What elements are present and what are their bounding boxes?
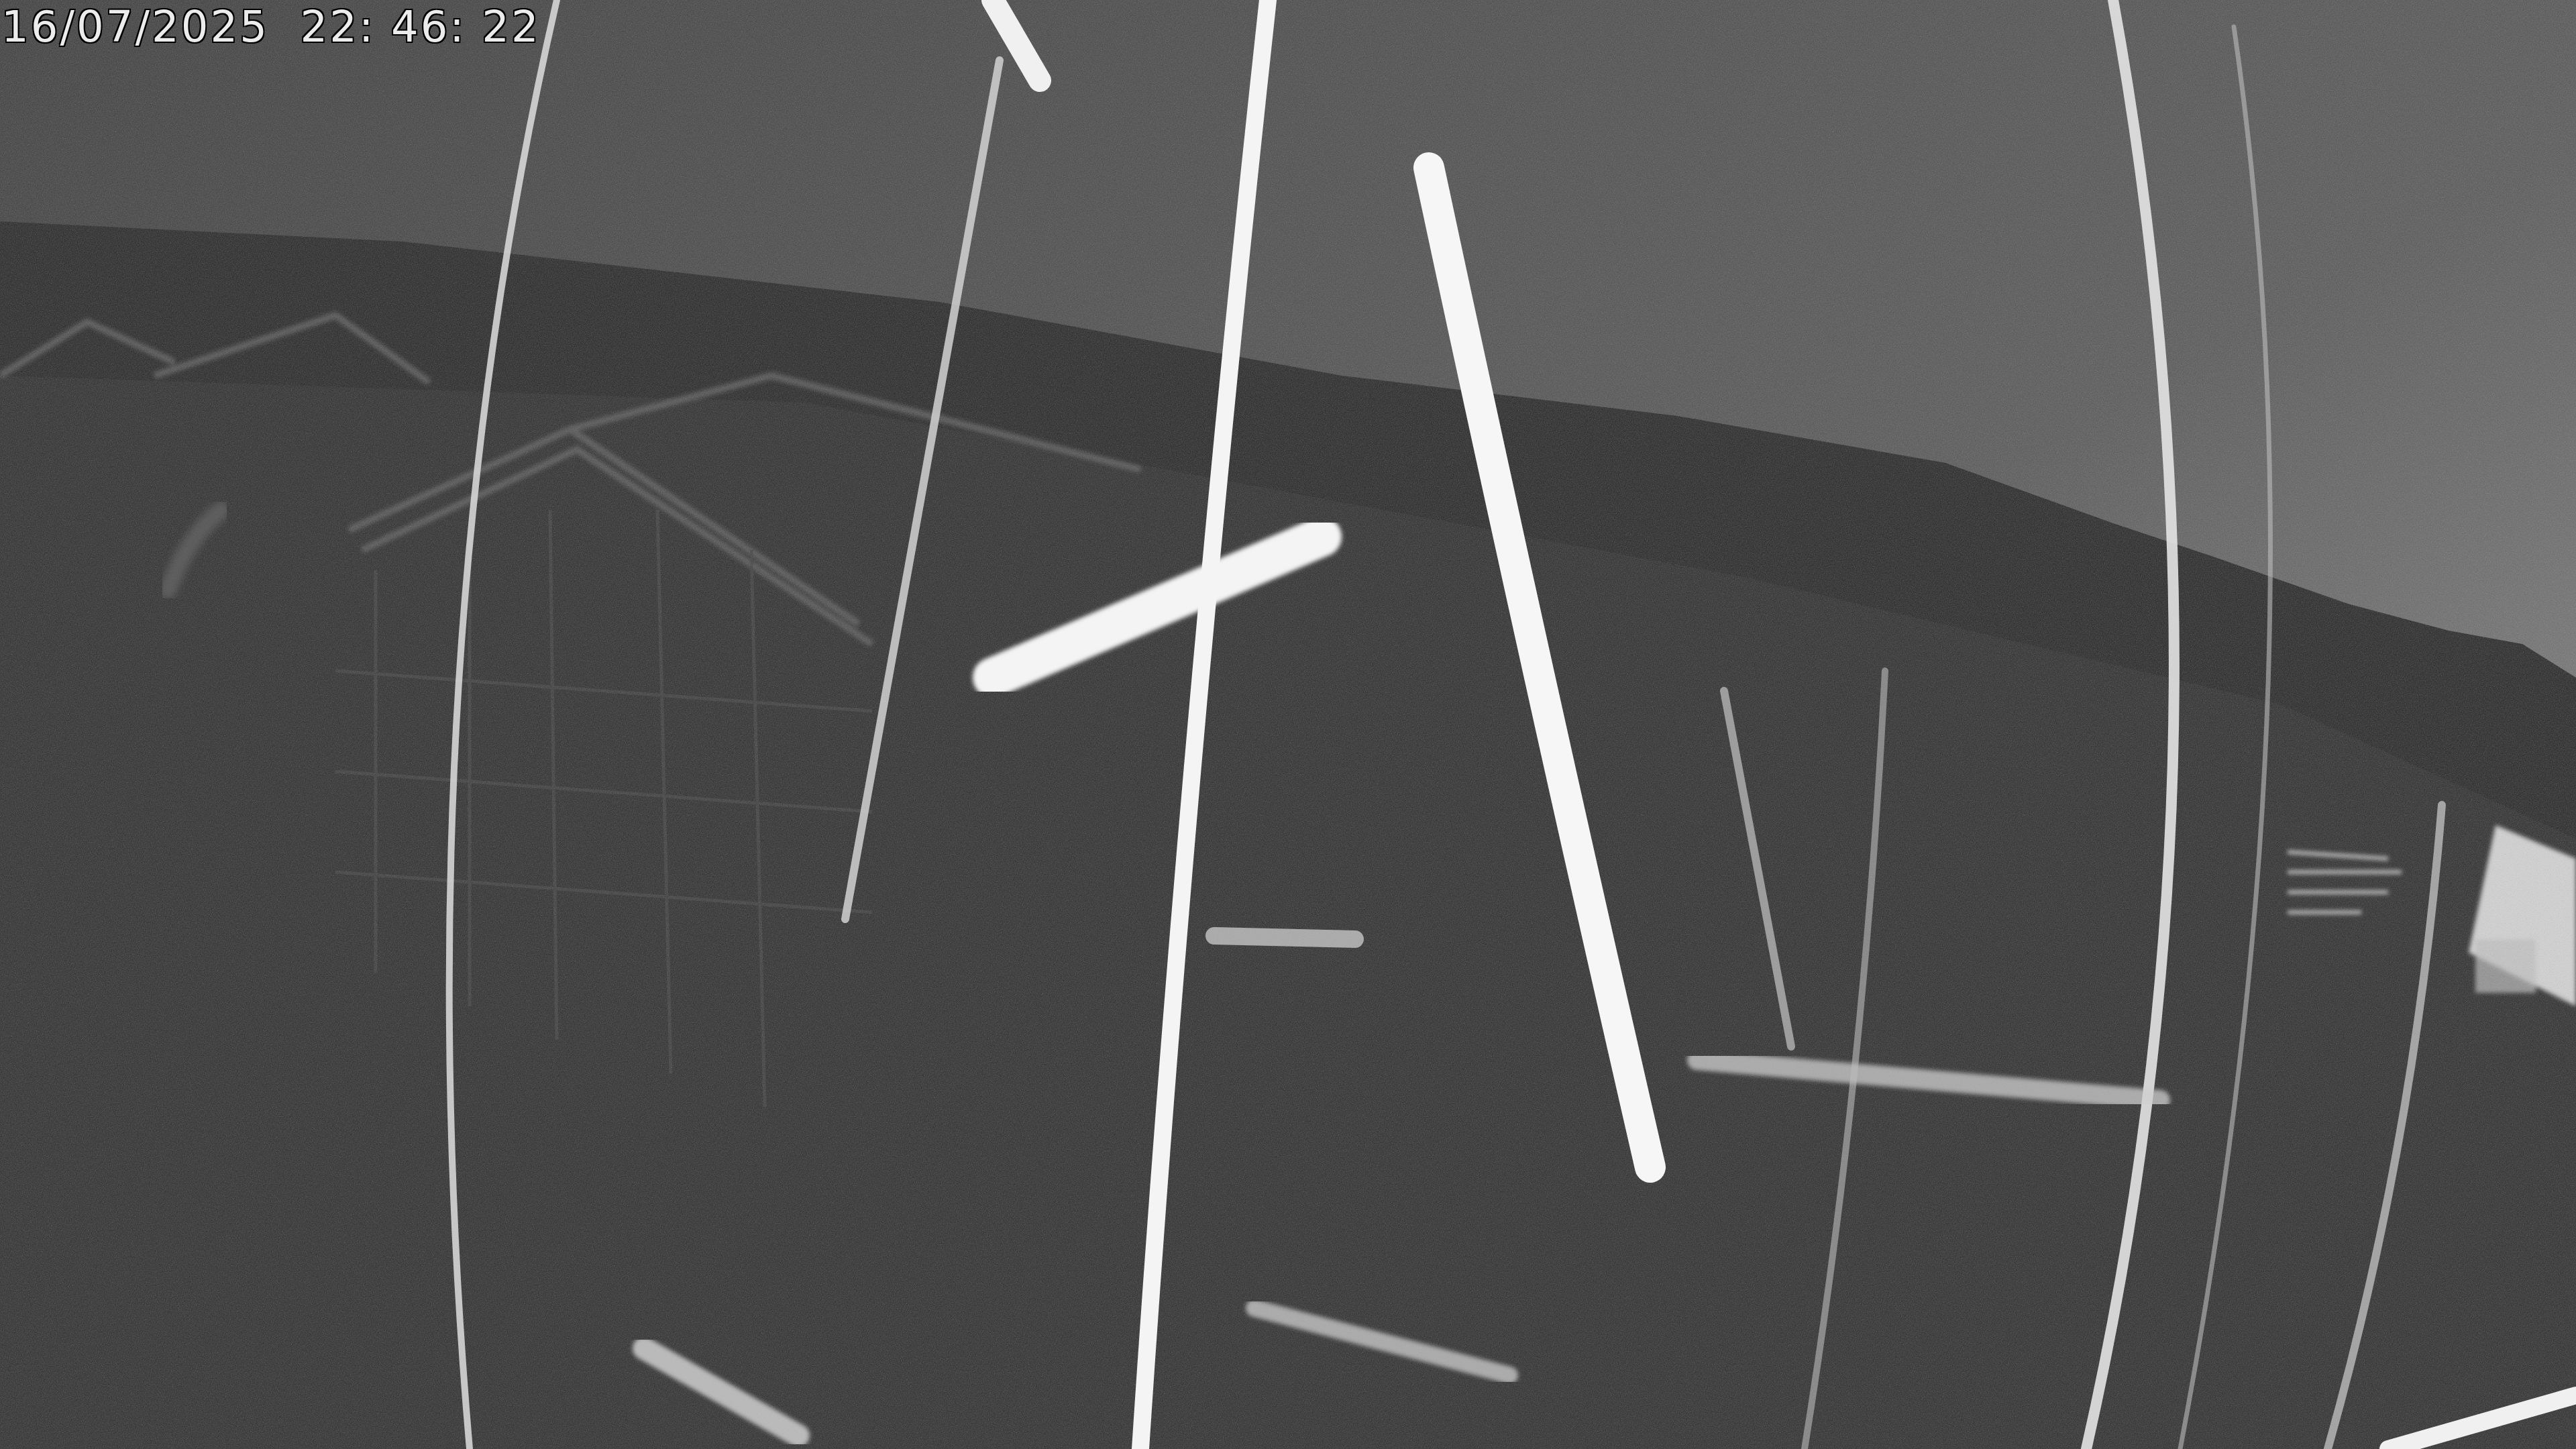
timestamp-date: 16/07/2025 [1,3,269,52]
streak-horizontal-mid [1214,936,1355,939]
camera-scene [0,0,2576,1449]
timestamp-overlay: 16/07/2025 22: 46: 22 [1,3,541,52]
camera-frame: 16/07/2025 22: 46: 22 [0,0,2576,1449]
timestamp-time: 22: 46: 22 [301,3,541,52]
